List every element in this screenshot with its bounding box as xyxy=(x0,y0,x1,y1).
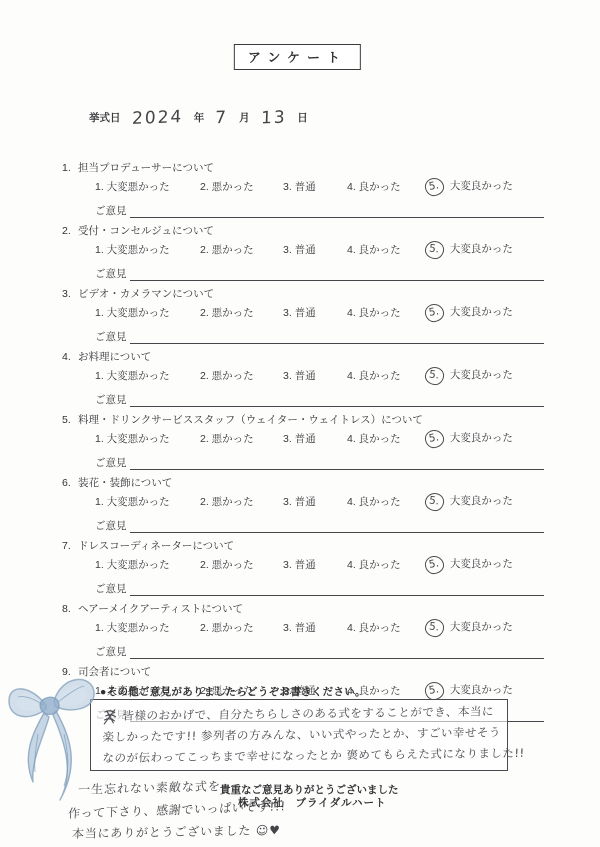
rating-option: 3. 普通 xyxy=(283,433,347,446)
handwritten-thanks-line: 本当にありがとうございました ☺♥ xyxy=(72,821,282,842)
rating-option: 4. 良かった xyxy=(347,181,425,194)
question-title-row: 5. 料理・ドリンクサービススタッフ（ウェイター・ウェイトレス）について xyxy=(62,414,544,427)
question-block: 5. 料理・ドリンクサービススタッフ（ウェイター・ウェイトレス）について 1. … xyxy=(62,414,544,470)
question-title-row: 3. ビデオ・カメラマンについて xyxy=(62,288,544,301)
rating-option: 2. 悪かった xyxy=(200,433,283,446)
rating-option: 4. 良かった xyxy=(347,559,425,572)
rating-option-number: 2. xyxy=(200,181,209,193)
question-title: 司会者について xyxy=(78,666,151,679)
comment-label: ご意見 xyxy=(95,519,127,533)
question-number: 2. xyxy=(62,225,78,238)
question-title-row: 1. 担当プロデューサーについて xyxy=(62,162,544,175)
rating-option-number: 4. xyxy=(347,496,356,508)
question-title: 担当プロデューサーについて xyxy=(78,162,214,175)
question-title: お料理について xyxy=(78,351,151,364)
rating-option-number: 3. xyxy=(283,307,292,319)
comment-row: ご意見 xyxy=(62,267,544,281)
rating-option-number: 1. xyxy=(95,433,104,445)
rating-option-number: 1. xyxy=(95,181,104,193)
ceremony-month-handwritten: 7 xyxy=(215,108,229,128)
question-block: 2. 受付・コンセルジュについて 1. 大変悪かった2. 悪かった3. 普通4.… xyxy=(62,225,544,281)
comment-label: ご意見 xyxy=(95,267,127,281)
question-block: 7. ドレスコーディネーターについて 1. 大変悪かった2. 悪かった3. 普通… xyxy=(62,540,544,596)
selected-rating-circle: 5. xyxy=(424,303,446,324)
question-number: 1. xyxy=(62,162,78,175)
rating-option: 3. 普通 xyxy=(283,559,347,572)
free-comment-box: 皆様のおかげで、自分たちらしさのある式をすることができ、本当に 楽しかったです!… xyxy=(90,699,508,771)
question-title: 装花・装飾について xyxy=(78,477,172,490)
page-title: アンケート xyxy=(234,44,361,70)
comment-underline xyxy=(130,645,545,659)
question-number: 9. xyxy=(62,666,78,679)
rating-option-number: 1. xyxy=(95,244,104,256)
question-title-row: 4. お料理について xyxy=(62,351,544,364)
question-block: 4. お料理について 1. 大変悪かった2. 悪かった3. 普通4. 良かった5… xyxy=(62,351,544,407)
ceremony-date-label: 挙式日 xyxy=(89,110,121,125)
rating-option: 2. 悪かった xyxy=(200,370,283,383)
question-number: 6. xyxy=(62,477,78,490)
rating-option-number: 2. xyxy=(200,433,209,445)
rating-option: 4. 良かった xyxy=(347,433,425,446)
ceremony-day-handwritten: 13 xyxy=(260,108,286,129)
question-title-row: 8. ヘアーメイクアーティストについて xyxy=(62,603,544,616)
comment-label: ご意見 xyxy=(95,582,127,596)
question-number: 7. xyxy=(62,540,78,553)
question-number: 4. xyxy=(62,351,78,364)
question-title: ビデオ・カメラマンについて xyxy=(78,288,214,301)
comment-label: ご意見 xyxy=(95,330,127,344)
selected-rating-circle: 5. xyxy=(424,555,446,576)
year-unit-label: 年 xyxy=(194,110,205,125)
rating-option: 3. 普通 xyxy=(283,622,347,635)
question-title: 受付・コンセルジュについて xyxy=(78,225,214,238)
question-title-row: 2. 受付・コンセルジュについて xyxy=(62,225,544,238)
rating-option-number: 4. xyxy=(347,244,356,256)
rating-option: 5. 大変良かった xyxy=(425,304,544,322)
rating-option: 1. 大変悪かった xyxy=(95,496,200,509)
comment-underline xyxy=(130,456,545,470)
rating-option-number: 2. xyxy=(200,496,209,508)
rating-option-number: 3. xyxy=(283,433,292,445)
rating-option: 5. 大変良かった xyxy=(425,178,544,196)
rating-option: 5. 大変良かった xyxy=(425,430,544,448)
question-block: 8. ヘアーメイクアーティストについて 1. 大変悪かった2. 悪かった3. 普… xyxy=(62,603,544,659)
crossed-out-scribble-icon xyxy=(102,708,118,724)
question-title: ヘアーメイクアーティストについて xyxy=(78,603,243,616)
comment-label: ご意見 xyxy=(95,393,127,407)
comment-underline xyxy=(130,330,545,344)
rating-option-number: 1. xyxy=(95,496,104,508)
comment-row: ご意見 xyxy=(62,582,544,596)
rating-option-number: 1. xyxy=(95,559,104,571)
rating-option: 1. 大変悪かった xyxy=(95,433,200,446)
questionnaire-page: アンケート 挙式日 2024 年 7 月 13 日 1. 担当プロデューサーにつ… xyxy=(0,0,600,847)
question-list: 1. 担当プロデューサーについて 1. 大変悪かった2. 悪かった3. 普通4.… xyxy=(62,162,544,729)
comment-row: ご意見 xyxy=(62,456,544,470)
rating-options-row: 1. 大変悪かった2. 悪かった3. 普通4. 良かった5. 大変良かった xyxy=(62,430,544,448)
question-block: 6. 装花・装飾について 1. 大変悪かった2. 悪かった3. 普通4. 良かっ… xyxy=(62,477,544,533)
handwritten-comment-line: なのが伝わってこっちまで幸せになったとか 褒めてもらえた式になりました!! xyxy=(102,743,499,769)
rating-option: 5. 大変良かった xyxy=(425,682,544,700)
rating-option-number: 3. xyxy=(283,559,292,571)
question-number: 8. xyxy=(62,603,78,616)
comment-label: ご意見 xyxy=(95,204,127,218)
question-block: 3. ビデオ・カメラマンについて 1. 大変悪かった2. 悪かった3. 普通4.… xyxy=(62,288,544,344)
comment-row: ご意見 xyxy=(62,204,544,218)
rating-options-row: 1. 大変悪かった2. 悪かった3. 普通4. 良かった5. 大変良かった xyxy=(62,556,544,574)
comment-underline xyxy=(130,267,545,281)
rating-option-number: 2. xyxy=(200,244,209,256)
rating-options-row: 1. 大変悪かった2. 悪かった3. 普通4. 良かった5. 大変良かった xyxy=(62,367,544,385)
question-block: 1. 担当プロデューサーについて 1. 大変悪かった2. 悪かった3. 普通4.… xyxy=(62,162,544,218)
question-title-row: 9. 司会者について xyxy=(62,666,544,679)
comment-row: ご意見 xyxy=(62,519,544,533)
rating-option-number: 1. xyxy=(95,370,104,382)
selected-rating-circle: 5. xyxy=(424,429,446,450)
selected-rating-circle: 5. xyxy=(424,492,445,512)
comment-row: ご意見 xyxy=(62,645,544,659)
page-title-text: アンケート xyxy=(248,50,347,65)
rating-option: 2. 悪かった xyxy=(200,307,283,320)
rating-option: 5. 大変良かった xyxy=(425,241,544,259)
handwritten-intro-text: 一生忘れない素敵な式を xyxy=(78,777,222,798)
question-title: 料理・ドリンクサービススタッフ（ウェイター・ウェイトレス）について xyxy=(78,414,423,427)
rating-option-number: 2. xyxy=(200,307,209,319)
rating-option: 5. 大変良かった xyxy=(425,556,544,574)
rating-option-number: 4. xyxy=(347,559,356,571)
rating-option: 1. 大変悪かった xyxy=(95,559,200,572)
rating-option: 1. 大変悪かった xyxy=(95,181,200,194)
question-number: 5. xyxy=(62,414,78,427)
rating-option: 5. 大変良かった xyxy=(425,367,544,385)
rating-option: 5. 大変良かった xyxy=(425,619,544,637)
rating-option-number: 2. xyxy=(200,559,209,571)
rating-option-number: 4. xyxy=(347,307,356,319)
rating-option: 3. 普通 xyxy=(283,307,347,320)
rating-option-number: 3. xyxy=(283,244,292,256)
comment-label: ご意見 xyxy=(95,456,127,470)
rating-option: 4. 良かった xyxy=(347,370,425,383)
rating-option-number: 3. xyxy=(283,370,292,382)
rating-option-number: 4. xyxy=(347,622,356,634)
rating-options-row: 1. 大変悪かった2. 悪かった3. 普通4. 良かった5. 大変良かった xyxy=(62,241,544,259)
rating-options-row: 1. 大変悪かった2. 悪かった3. 普通4. 良かった5. 大変良かった xyxy=(62,619,544,637)
ceremony-year-handwritten: 2024 xyxy=(131,107,183,129)
comment-row: ご意見 xyxy=(62,330,544,344)
rating-option-number: 4. xyxy=(347,370,356,382)
rating-option-number: 4. xyxy=(347,433,356,445)
rating-option: 1. 大変悪かった xyxy=(95,370,200,383)
day-unit-label: 日 xyxy=(297,110,308,125)
rating-option: 4. 良かった xyxy=(347,622,425,635)
rating-option: 2. 悪かった xyxy=(200,181,283,194)
selected-rating-circle: 5. xyxy=(424,618,445,638)
rating-option: 1. 大変悪かった xyxy=(95,622,200,635)
ceremony-date-row: 挙式日 2024 年 7 月 13 日 xyxy=(87,106,310,126)
other-comments-prompt: ●その他ご意見がありましたらどうぞお書きください。 xyxy=(100,684,366,699)
question-title: ドレスコーディネーターについて xyxy=(78,540,234,553)
question-title-row: 6. 装花・装飾について xyxy=(62,477,544,490)
rating-option-number: 2. xyxy=(200,370,209,382)
rating-option: 4. 良かった xyxy=(347,244,425,257)
rating-option: 4. 良かった xyxy=(347,496,425,509)
rating-option-number: 1. xyxy=(95,622,104,634)
rating-options-row: 1. 大変悪かった2. 悪かった3. 普通4. 良かった5. 大変良かった xyxy=(62,493,544,511)
rating-option-number: 1. xyxy=(95,307,104,319)
month-unit-label: 月 xyxy=(239,110,250,125)
selected-rating-circle: 5. xyxy=(424,366,445,386)
selected-rating-circle: 5. xyxy=(424,240,445,260)
rating-option: 3. 普通 xyxy=(283,244,347,257)
rating-option-number: 3. xyxy=(283,181,292,193)
rating-option: 5. 大変良かった xyxy=(425,493,544,511)
rating-options-row: 1. 大変悪かった2. 悪かった3. 普通4. 良かった5. 大変良かった xyxy=(62,304,544,322)
comment-underline xyxy=(130,393,545,407)
rating-option-number: 4. xyxy=(347,181,356,193)
rating-option: 2. 悪かった xyxy=(200,244,283,257)
comment-underline xyxy=(130,519,545,533)
comment-row: ご意見 xyxy=(62,393,544,407)
rating-option: 3. 普通 xyxy=(283,496,347,509)
rating-option: 2. 悪かった xyxy=(200,496,283,509)
question-number: 3. xyxy=(62,288,78,301)
rating-option-number: 3. xyxy=(283,496,292,508)
rating-option: 2. 悪かった xyxy=(200,622,283,635)
comment-underline xyxy=(130,582,545,596)
rating-option: 2. 悪かった xyxy=(200,559,283,572)
rating-option: 3. 普通 xyxy=(283,370,347,383)
rating-option-number: 2. xyxy=(200,622,209,634)
comment-underline xyxy=(130,204,545,218)
rating-option: 4. 良かった xyxy=(347,307,425,320)
comment-label: ご意見 xyxy=(95,645,127,659)
selected-rating-circle: 5. xyxy=(424,177,446,198)
question-title-row: 7. ドレスコーディネーターについて xyxy=(62,540,544,553)
handwritten-thanks-line: 作って下さり、感謝でいっぱいです!!! xyxy=(68,797,287,822)
rating-option-number: 3. xyxy=(283,622,292,634)
rating-options-row: 1. 大変悪かった2. 悪かった3. 普通4. 良かった5. 大変良かった xyxy=(62,178,544,196)
rating-option: 3. 普通 xyxy=(283,181,347,194)
rating-option: 1. 大変悪かった xyxy=(95,244,200,257)
rating-option: 1. 大変悪かった xyxy=(95,307,200,320)
